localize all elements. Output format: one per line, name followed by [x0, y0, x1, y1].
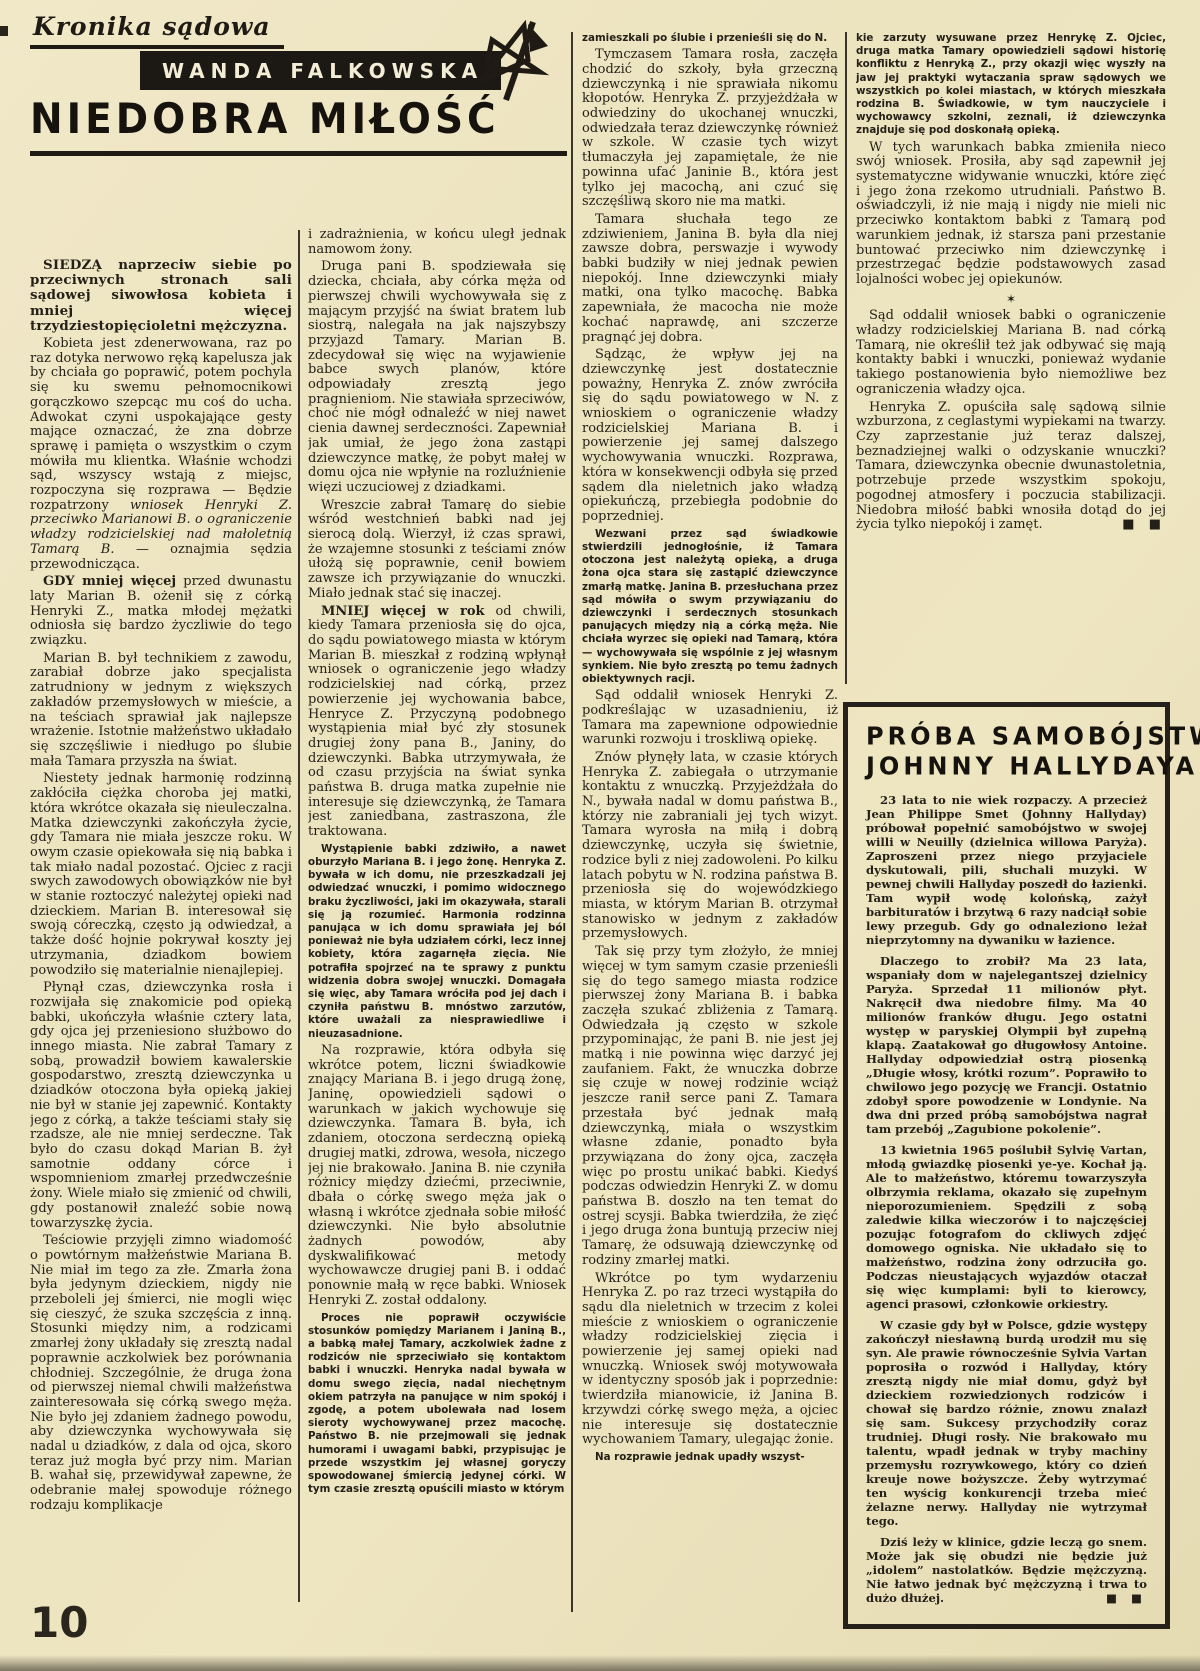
end-of-article-marks: ■ ■ [1109, 518, 1166, 533]
paragraph: Znów płynęły lata, w czasie których Henr… [582, 751, 838, 942]
article-title: NIEDOBRA MIŁOŚĆ [30, 95, 500, 144]
paragraph: 23 lata to nie wiek rozpaczy. A przecież… [866, 793, 1147, 947]
paragraph: Wystąpienie babki zdziwiło, a nawet obur… [308, 843, 566, 1041]
page-number: 10 [30, 1598, 88, 1647]
paragraph: Wezwani przez sąd świadkowie stwierdzili… [582, 528, 838, 686]
paragraph: Kobieta jest zdenerwowana, raz po raz do… [30, 337, 292, 572]
page-edge-shadow [0, 1655, 1200, 1671]
paragraph: i zadrażnienia, w końcu uległ jednak nam… [308, 228, 566, 257]
kicker-underline-rule [30, 45, 284, 49]
section-kicker: Kronika sądowa [33, 12, 271, 41]
paragraph: Tamara słuchała tego ze zdziwieniem, Jan… [582, 213, 838, 345]
paragraph: Na rozprawie jednak upadły wszyst- [582, 1451, 838, 1464]
paragraph: kie zarzuty wysuwane przez Henrykę Z. Oj… [856, 32, 1166, 138]
column-divider [845, 32, 847, 684]
paragraph: Proces nie poprawił oczywiście stosunków… [308, 1312, 566, 1497]
paragraph: Płynął czas, dziewczynka rosła i rozwija… [30, 981, 292, 1231]
paragraph: SIEDZĄ naprzeciw siebie po przeciwnych s… [30, 258, 292, 334]
boxed-article-body: 23 lata to nie wiek rozpaczy. A przecież… [866, 793, 1147, 1605]
paragraph: Sądząc, że wpływ jej na dziewczynkę jest… [582, 348, 838, 524]
paragraph: Wkrótce po tym wydarzeniu Henryka Z. po … [582, 1272, 838, 1448]
paragraph: Marian B. był technikiem z zawodu, zarab… [30, 652, 292, 770]
author-byline: WANDA FALKOWSKA [140, 51, 501, 90]
paragraph: W tych warunkach babka zmieniła nieco sw… [856, 141, 1166, 288]
star-logo-icon [470, 16, 554, 108]
article-column-3: zamieszkali po ślubie i przenieśli się d… [582, 32, 838, 1617]
boxed-article-title-line2: JOHNNY HALLYDAYA [866, 750, 1147, 782]
newspaper-page: Kronika sądowa WANDA FALKOWSKA NIEDOBRA … [0, 0, 1200, 1671]
paragraph: zamieszkali po ślubie i przenieśli się d… [582, 32, 838, 45]
end-of-article-marks: ■ ■ [1092, 1591, 1147, 1605]
article-column-4: kie zarzuty wysuwane przez Henrykę Z. Oj… [856, 32, 1166, 694]
column-divider [298, 230, 300, 1602]
paragraph: Sąd oddalił wniosek Henryki Z. podkreśla… [582, 689, 838, 748]
paragraph: GDY mniej więcej przed dwunastu laty Mar… [30, 575, 292, 649]
header-rule [30, 151, 567, 156]
paragraph: Druga pani B. spodziewała się dziecka, c… [308, 260, 566, 495]
paragraph: MNIEJ więcej w rok od chwili, kiedy Tama… [308, 605, 566, 840]
paragraph: Tymczasem Tamara rosła, zaczęła chodzić … [582, 48, 838, 210]
boxed-article: PRÓBA SAMOBÓJSTWA JOHNNY HALLYDAYA 23 la… [843, 702, 1170, 1629]
paragraph: Dziś leży w klinice, gdzie leczą go snem… [866, 1535, 1147, 1605]
paragraph: W czasie gdy był w Polsce, gdzie występy… [866, 1318, 1147, 1528]
paragraph: Wreszcie zabrał Tamarę do siebie wśród w… [308, 499, 566, 602]
paragraph: Dlaczego to zrobił? Ma 23 lata, wspaniał… [866, 954, 1147, 1136]
paragraph: Sąd oddalił wniosek babki o ograniczenie… [856, 309, 1166, 397]
paragraph: Teściowie przyjęli zimno wiadomość o pow… [30, 1234, 292, 1513]
scan-edge-mark [0, 26, 8, 36]
paragraph: Niestety jednak harmonię rodzinną zakłóc… [30, 772, 292, 978]
paragraph: 13 kwietnia 1965 poślubił Sylvię Vartan,… [866, 1143, 1147, 1311]
boxed-article-title-line1: PRÓBA SAMOBÓJSTWA [866, 720, 1147, 752]
paragraph: Henryka Z. opuściła salę sądową silnie w… [856, 401, 1166, 533]
paragraph: Na rozprawie, która odbyła się wkrótce p… [308, 1044, 566, 1309]
article-column-1: SIEDZĄ naprzeciw siebie po przeciwnych s… [30, 258, 292, 1606]
column-divider [571, 32, 573, 1612]
article-column-2: i zadrażnienia, w końcu uległ jednak nam… [308, 228, 566, 1606]
star-separator: ✶ [856, 292, 1166, 307]
paragraph: Tak się przy tym złożyło, że mniej więce… [582, 945, 838, 1268]
